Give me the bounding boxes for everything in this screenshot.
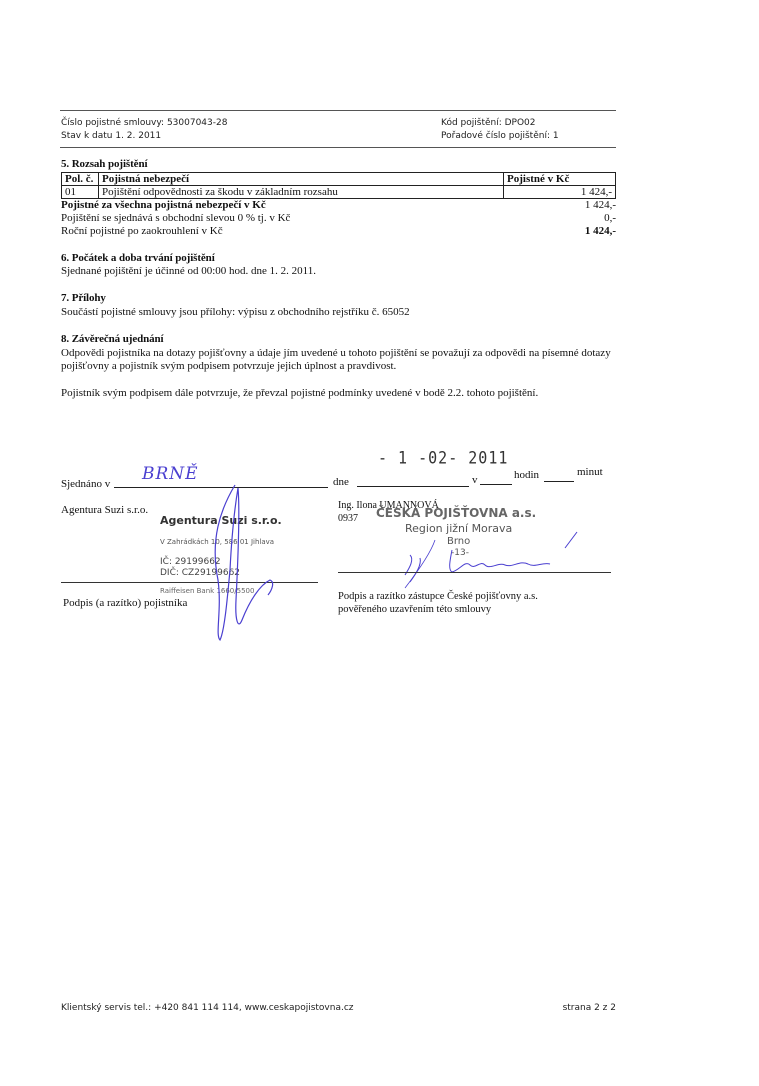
policyholder-caption: Podpis (a razítko) pojistníka (63, 597, 187, 610)
footer-page: strana 2 z 2 (563, 1003, 616, 1013)
cell-risk: Pojištění odpovědnosti za škodu v základ… (99, 186, 504, 199)
column-header-premium: Pojistné v Kč (504, 173, 616, 186)
concluded-in-label: Sjednáno v (61, 478, 110, 491)
hours-label: hodin (514, 469, 539, 482)
risk-table: Pol. č. Pojistná nebezpečí Pojistné v Kč… (61, 172, 616, 199)
date-label: dne (333, 476, 349, 489)
agent-number: 0937 (338, 512, 358, 525)
insurer-stamp-name: ČESKÁ POJIŠŤOVNA a.s. (376, 506, 536, 520)
summary-value: 0,- (604, 212, 616, 225)
insurer-caption-line-2: pověřeného uzavřením této smlouvy (338, 603, 491, 616)
section-6-title: 6. Počátek a doba trvání pojištění (61, 252, 215, 264)
policyholder-signature-icon (180, 470, 290, 645)
section-8-paragraph-1-line-2: pojišťovny a pojistník svým podpisem pot… (61, 360, 396, 373)
cell-premium: 1 424,- (504, 186, 616, 199)
status-date: Stav k datu 1. 2. 2011 (61, 130, 161, 142)
section-8-title: 8. Závěrečná ujednání (61, 333, 164, 345)
contract-number: Číslo pojistné smlouvy: 53007043-28 (61, 117, 227, 129)
summary-value: 1 424,- (585, 199, 616, 212)
at-label: v (472, 474, 478, 487)
table-header-row: Pol. č. Pojistná nebezpečí Pojistné v Kč (62, 173, 616, 186)
document-page: Číslo pojistné smlouvy: 53007043-28 Stav… (0, 0, 759, 1086)
section-6-text: Sjednané pojištění je účinné od 00:00 ho… (61, 265, 316, 278)
header-bottom-rule (60, 147, 616, 148)
minutes-label: minut (577, 466, 603, 479)
footer-service: Klientský servis tel.: +420 841 114 114,… (61, 1003, 354, 1013)
insurance-code: Kód pojištění: DPO02 (441, 117, 536, 129)
summary-label: Pojištění se sjednává s obchodní slevou … (61, 212, 290, 225)
summary-label: Roční pojistné po zaokrouhlení v Kč (61, 225, 223, 238)
section-5-title: 5. Rozsah pojištění (61, 158, 147, 170)
summary-annual-premium: Roční pojistné po zaokrouhlení v Kč 1 42… (61, 225, 616, 238)
insurance-order: Pořadové číslo pojištění: 1 (441, 130, 559, 142)
summary-label: Pojistné za všechna pojistná nebezpečí v… (61, 199, 266, 212)
policyholder-name: Agentura Suzi s.r.o. (61, 504, 148, 517)
section-7-title: 7. Přílohy (61, 292, 106, 304)
header-top-rule (60, 110, 616, 111)
summary-total-premium: Pojistné za všechna pojistná nebezpečí v… (61, 199, 616, 212)
table-row: 01 Pojištění odpovědnosti za škodu v zák… (62, 186, 616, 199)
date-stamp: - 1 -02- 2011 (378, 448, 508, 469)
insurer-caption-line-1: Podpis a razítko zástupce České pojišťov… (338, 590, 538, 603)
summary-discount: Pojištění se sjednává s obchodní slevou … (61, 212, 616, 225)
minutes-line (544, 481, 574, 482)
insurer-signature-line (338, 572, 611, 573)
column-header-risk: Pojistná nebezpečí (99, 173, 504, 186)
insurer-signature-icon (390, 520, 620, 590)
hours-line (480, 484, 512, 485)
column-header-item: Pol. č. (62, 173, 99, 186)
section-8-paragraph-2: Pojistník svým podpisem dále potvrzuje, … (61, 387, 538, 400)
section-8-paragraph-1-line-1: Odpovědi pojistníka na dotazy pojišťovny… (61, 347, 611, 360)
cell-item: 01 (62, 186, 99, 199)
date-line (357, 486, 469, 487)
summary-value: 1 424,- (585, 225, 616, 238)
section-7-text: Součástí pojistné smlouvy jsou přílohy: … (61, 306, 410, 319)
